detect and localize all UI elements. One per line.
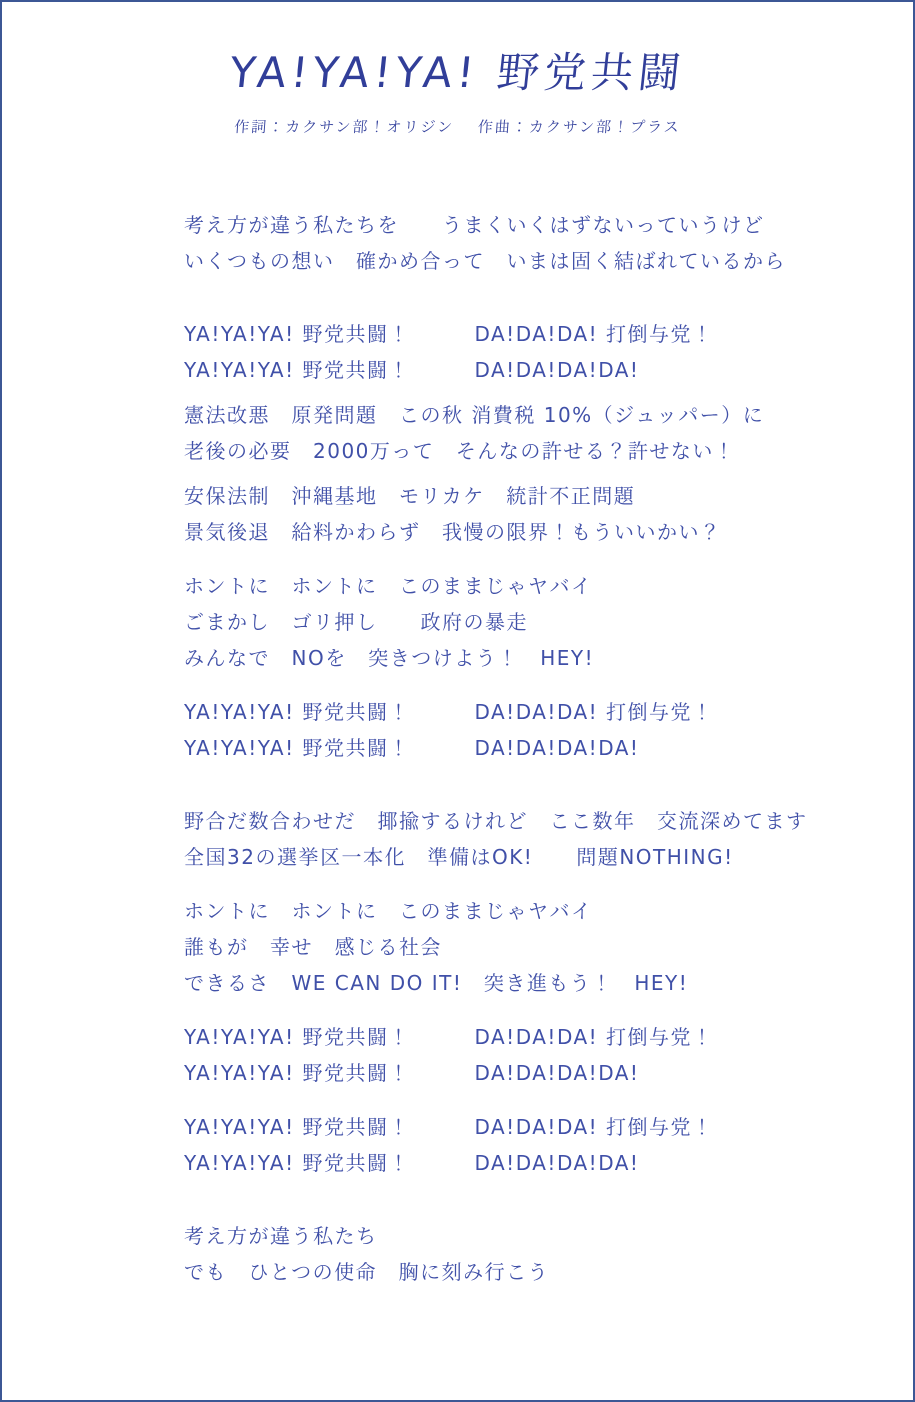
stanza-bridge-1: ホントに ホントに このままじゃヤバイ ごまかし ゴリ押し 政府の暴走 みんなで… [184, 568, 913, 676]
lyric-line: 考え方が違う私たちを うまくいくはずないっていうけど [184, 207, 913, 243]
lyric-line: いくつもの想い 確かめ合って いまは固く結ばれているから [184, 243, 913, 279]
stanza-chorus-4: YA!YA!YA! 野党共闘！ DA!DA!DA! 打倒与党！ YA!YA!YA… [184, 1109, 913, 1181]
lyric-line: 老後の必要 2000万って そんなの許せる？許せない！ [184, 433, 913, 469]
lyric-line: YA!YA!YA! 野党共闘！ DA!DA!DA!DA! [184, 1055, 913, 1091]
stanza-outro: 考え方が違う私たち でも ひとつの使命 胸に刻み行こう [184, 1218, 913, 1290]
song-title: YA!YA!YA! 野党共闘 [0, 47, 915, 100]
lyric-line: みんなで NOを 突きつけよう！ HEY! [184, 640, 913, 676]
stanza-verse-4: 野合だ数合わせだ 揶揄するけれど ここ数年 交流深めてます 全国32の選挙区一本… [184, 803, 913, 875]
lyric-line: 安保法制 沖縄基地 モリカケ 統計不正問題 [184, 478, 913, 514]
lyric-line: でも ひとつの使命 胸に刻み行こう [184, 1254, 913, 1290]
song-credits: 作詞：カクサン部！オリジン 作曲：カクサン部！プラス [1, 116, 913, 137]
lyric-line: 野合だ数合わせだ 揶揄するけれど ここ数年 交流深めてます [184, 803, 913, 839]
stanza-chorus-1: YA!YA!YA! 野党共闘！ DA!DA!DA! 打倒与党！ YA!YA!YA… [184, 316, 913, 388]
lyric-line: YA!YA!YA! 野党共闘！ DA!DA!DA!DA! [184, 352, 913, 388]
lyric-line: ホントに ホントに このままじゃヤバイ [184, 893, 913, 929]
stanza-chorus-3: YA!YA!YA! 野党共闘！ DA!DA!DA! 打倒与党！ YA!YA!YA… [184, 1019, 913, 1091]
lyric-sheet: YA!YA!YA! 野党共闘 作詞：カクサン部！オリジン 作曲：カクサン部！プラ… [0, 0, 915, 1402]
lyric-line: 誰もが 幸せ 感じる社会 [184, 929, 913, 965]
lyric-line: ごまかし ゴリ押し 政府の暴走 [184, 604, 913, 640]
lyrics: 考え方が違う私たちを うまくいくはずないっていうけど いくつもの想い 確かめ合っ… [184, 207, 913, 1290]
lyric-line: YA!YA!YA! 野党共闘！ DA!DA!DA! 打倒与党！ [184, 1109, 913, 1145]
stanza-bridge-2: ホントに ホントに このままじゃヤバイ 誰もが 幸せ 感じる社会 できるさ WE… [184, 893, 913, 1001]
lyric-line: YA!YA!YA! 野党共闘！ DA!DA!DA! 打倒与党！ [184, 1019, 913, 1055]
lyric-line: ホントに ホントに このままじゃヤバイ [184, 568, 913, 604]
lyric-line: YA!YA!YA! 野党共闘！ DA!DA!DA!DA! [184, 1145, 913, 1181]
lyric-line: できるさ WE CAN DO IT! 突き進もう！ HEY! [184, 965, 913, 1001]
stanza-verse-3: 安保法制 沖縄基地 モリカケ 統計不正問題 景気後退 給料かわらず 我慢の限界！… [184, 478, 913, 550]
lyric-line: 景気後退 給料かわらず 我慢の限界！もういいかい？ [184, 514, 913, 550]
stanza-verse-1: 考え方が違う私たちを うまくいくはずないっていうけど いくつもの想い 確かめ合っ… [184, 207, 913, 279]
lyric-line: YA!YA!YA! 野党共闘！ DA!DA!DA! 打倒与党！ [184, 694, 913, 730]
lyric-line: YA!YA!YA! 野党共闘！ DA!DA!DA!DA! [184, 730, 913, 766]
lyric-line: YA!YA!YA! 野党共闘！ DA!DA!DA! 打倒与党！ [184, 316, 913, 352]
lyric-line: 全国32の選挙区一本化 準備はOK! 問題NOTHING! [184, 839, 913, 875]
stanza-verse-2: 憲法改悪 原発問題 この秋 消費税 10%（ジュッパー）に 老後の必要 2000… [184, 397, 913, 469]
stanza-chorus-2: YA!YA!YA! 野党共闘！ DA!DA!DA! 打倒与党！ YA!YA!YA… [184, 694, 913, 766]
lyric-line: 憲法改悪 原発問題 この秋 消費税 10%（ジュッパー）に [184, 397, 913, 433]
lyric-line: 考え方が違う私たち [184, 1218, 913, 1254]
